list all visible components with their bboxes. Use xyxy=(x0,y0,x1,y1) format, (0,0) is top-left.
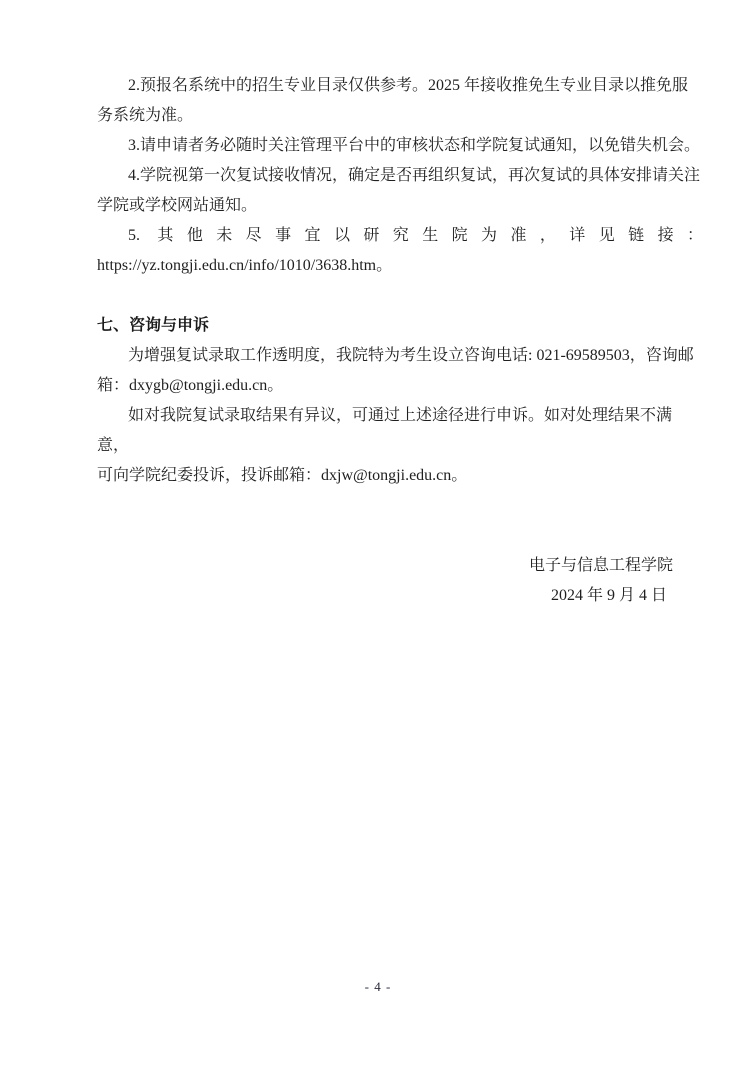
paragraph-item-3: 3.请申请者务必随时关注管理平台中的审核状态和学院复试通知，以免错失机会。 xyxy=(97,131,703,161)
section-7-paragraph-consult: 为增强复试录取工作透明度，我院特为考生设立咨询电话: 021-69589503，… xyxy=(97,341,703,401)
signature-date: 2024 年 9 月 4 日 xyxy=(97,581,667,611)
graduate-school-link[interactable]: https://yz.tongji.edu.cn/info/1010/3638.… xyxy=(97,251,703,281)
page-number: - 4 - xyxy=(0,979,756,995)
section-7-heading: 七、咨询与申诉 xyxy=(97,311,703,341)
paragraph-item-4: 4.学院视第一次复试接收情况，确定是否再组织复试，再次复试的具体安排请关注 学院… xyxy=(97,161,703,221)
signature-block: 电子与信息工程学院 2024 年 9 月 4 日 xyxy=(97,551,703,611)
section-7-paragraph-appeal: 如对我院复试录取结果有异议，可通过上述途径进行申诉。如对处理结果不满意， 可向学… xyxy=(97,401,703,491)
paragraph-item-2: 2.预报名系统中的招生专业目录仅供参考。2025 年接收推免生专业目录以推免服 … xyxy=(97,71,703,131)
paragraph-item-5-lead: 5. 其他未尽事宜以研究生院为准，详见链接： xyxy=(97,221,703,251)
document-body: 2.预报名系统中的招生专业目录仅供参考。2025 年接收推免生专业目录以推免服 … xyxy=(97,71,703,611)
document-page: 2.预报名系统中的招生专业目录仅供参考。2025 年接收推免生专业目录以推免服 … xyxy=(0,0,756,1071)
signature-organization: 电子与信息工程学院 xyxy=(97,551,673,581)
